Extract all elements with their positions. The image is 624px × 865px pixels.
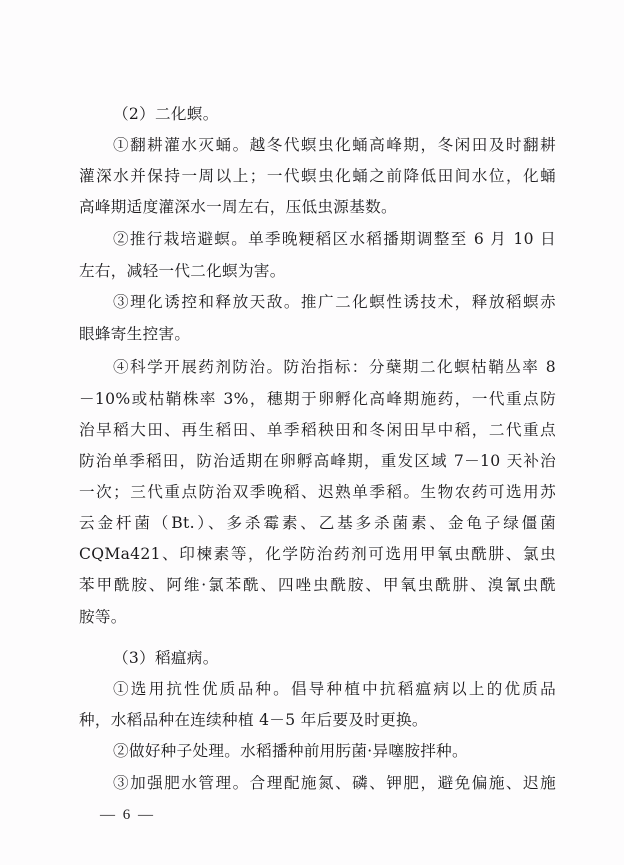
text-line: 高峰期适度灌深水一周左右，压低虫源基数。 [79, 196, 397, 218]
text-line: 一次；三代重点防治双季晚稻、迟熟单季稻。生物农药可选用苏 [79, 481, 556, 503]
text-line: 胺等。 [79, 606, 127, 628]
text-line: ③理化诱控和释放天敌。推广二化螟性诱技术，释放稻螟赤 [113, 291, 556, 313]
text-line: 云金杆菌（Bt.）、多杀霉素、乙基多杀菌素、金龟子绿僵菌 [79, 512, 556, 534]
text-line: （3）稻瘟病。 [113, 647, 219, 669]
text-line: CQMa421、印楝素等，化学防治药剂可选用甲氧虫酰肼、氯虫 [79, 543, 556, 565]
text-line: 眼蜂寄生控害。 [79, 323, 190, 345]
text-line: 种，水稻品种在连续种植 4－5 年后要及时更换。 [79, 709, 428, 731]
text-line: 左右，减轻一代二化螟为害。 [79, 260, 286, 282]
text-line: －10%或枯鞘株率 3%，穗期于卵孵化高峰期施药，一代重点防 [79, 388, 556, 410]
text-line: 治早稻大田、再生稻田、单季稻秧田和冬闲田早中稻，二代重点 [79, 419, 556, 441]
page-number: — 6 — [100, 804, 155, 826]
text-line: ②做好种子处理。水稻播种前用肟菌·异噻胺拌种。 [113, 740, 468, 762]
text-line: ③加强肥水管理。合理配施氮、磷、钾肥，避免偏施、迟施 [113, 772, 556, 794]
text-line: 防治单季稻田，防治适期在卵孵高峰期，重发区域 7－10 天补治 [79, 450, 556, 472]
text-line: ④科学开展药剂防治。防治指标：分蘖期二化螟枯鞘丛率 8 [113, 356, 556, 378]
text-line: ②推行栽培避螟。单季晚粳稻区水稻播期调整至 6 月 10 日 [113, 228, 556, 250]
text-line: 灌深水并保持一周以上；一代螟虫化蛹之前降低田间水位，化蛹 [79, 165, 556, 187]
text-line: 苯甲酰胺、阿维·氯苯酰、四唑虫酰胺、甲氧虫酰肼、溴氰虫酰 [79, 574, 556, 596]
text-line: ①翻耕灌水灭蛹。越冬代螟虫化蛹高峰期，冬闲田及时翻耕 [113, 134, 556, 156]
text-line: ①选用抗性优质品种。倡导种植中抗稻瘟病以上的优质品 [113, 678, 556, 700]
text-line: （2）二化螟。 [113, 103, 219, 125]
document-page: （2）二化螟。①翻耕灌水灭蛹。越冬代螟虫化蛹高峰期，冬闲田及时翻耕灌深水并保持一… [0, 0, 624, 865]
